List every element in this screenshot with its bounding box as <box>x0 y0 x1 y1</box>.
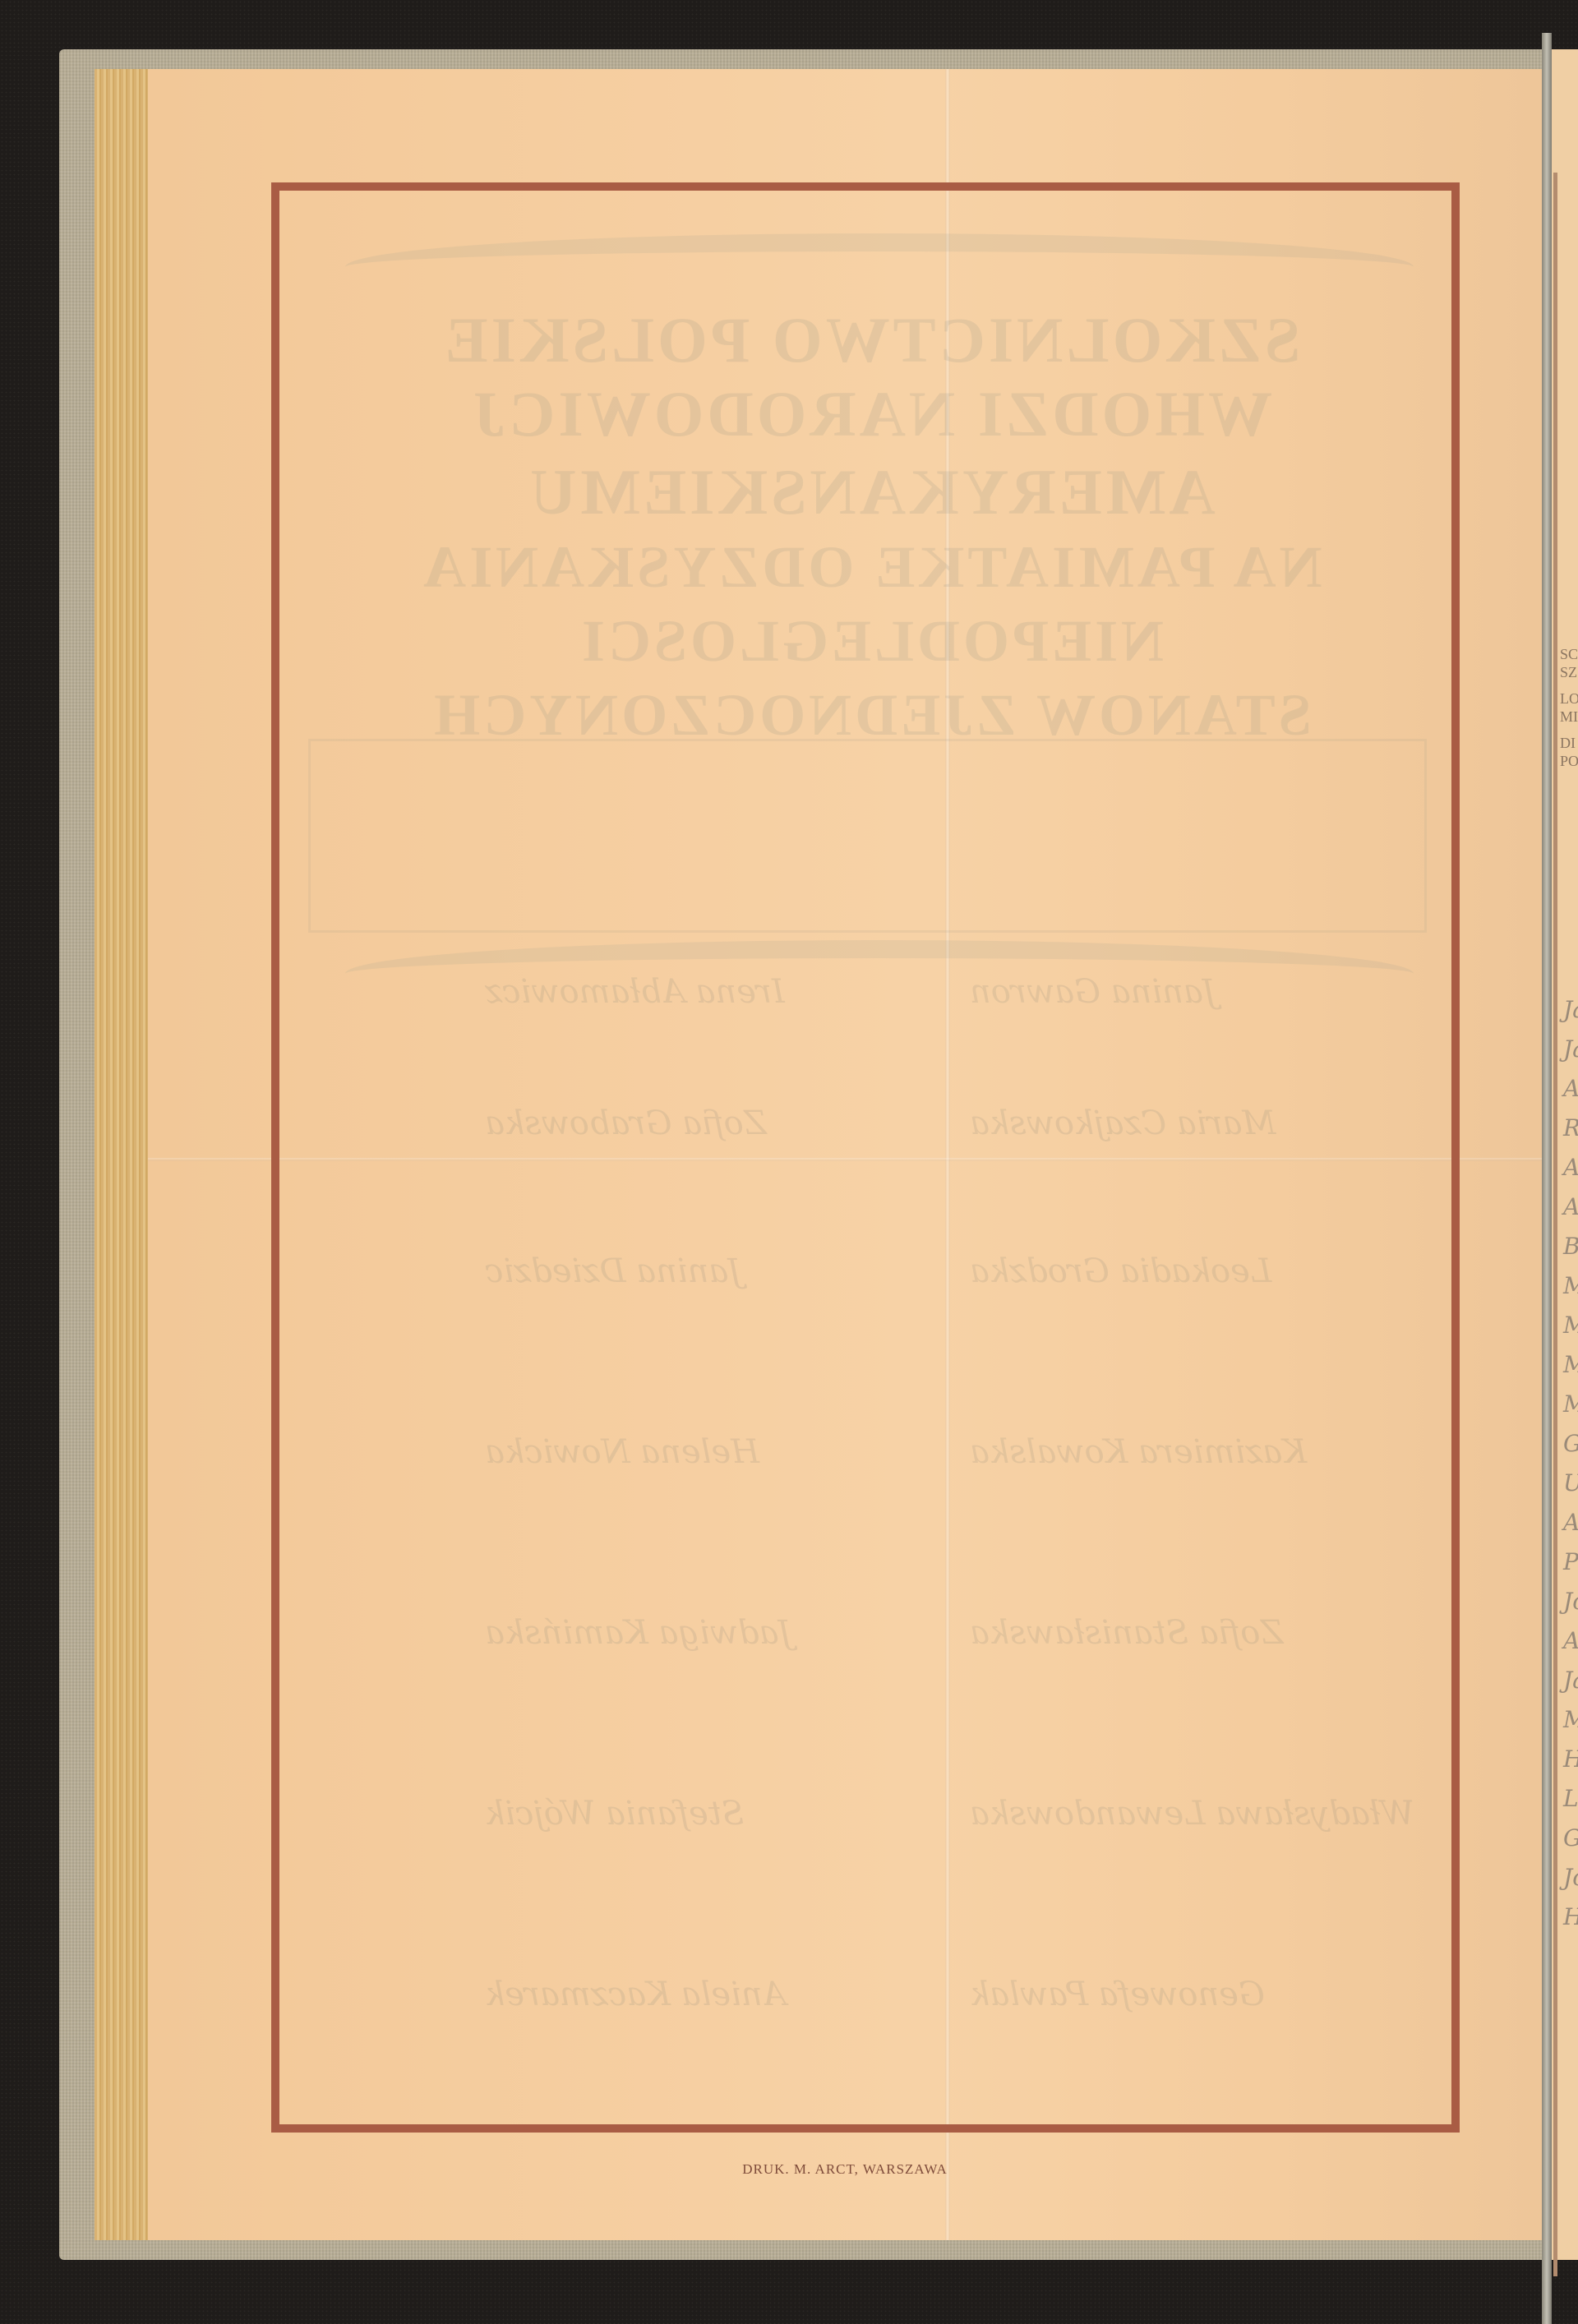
adjacent-page-labels: SC SZ LO MI DI PO <box>1560 645 1578 770</box>
book-gutter <box>1542 33 1552 2324</box>
adjacent-page-handwriting: Ja Ja Al Ro Al Al Br Ma Ma Ma Ma Ge Ug A… <box>1563 990 1578 1937</box>
printer-imprint: DRUK. M. ARCT, WARSZAWA <box>148 2161 1542 2178</box>
decorative-red-frame <box>271 182 1460 2133</box>
page-block-edges <box>95 69 152 2240</box>
document-page: SZKOLNICTWO POLSKIE WHODZI NARODOWICJ AM… <box>148 69 1542 2240</box>
